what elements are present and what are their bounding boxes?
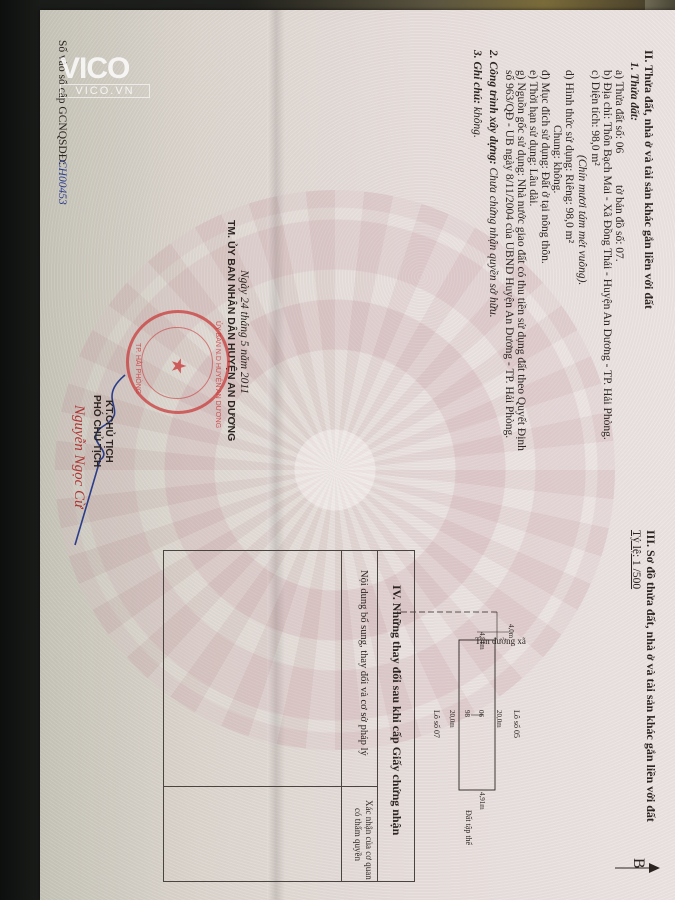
seal-star-icon: ★	[166, 357, 191, 375]
vico-watermark: VICO VICO.VN	[60, 52, 150, 98]
construction-label: 2. Công trình xây dựng:	[487, 50, 499, 165]
neighbor-left-label: Lô số 07	[430, 710, 443, 738]
parcel-area-label: 98	[460, 710, 473, 717]
changes-table	[163, 550, 415, 882]
usage-purpose: đ) Mục đích sử dụng: Đất ở tại nông thôn…	[538, 70, 551, 264]
parcel-number: a) Thửa đất số: 06	[612, 70, 625, 153]
note-value: không.	[471, 107, 483, 138]
section-3-title: III. Sơ đồ thửa đất, nhà ở và tài sản kh…	[644, 530, 657, 822]
official-seal: ★ ỦY BAN N.D HUYỆN AN DƯƠNG TP. HẢI PHÒN…	[126, 310, 230, 414]
map-sheet-number: tờ bản đồ số: 07.	[612, 185, 625, 262]
usage-common: Chung: không.	[550, 125, 563, 193]
section-2-sub1: 1. Thửa đất:	[627, 62, 640, 121]
top-width-label: 4,91m	[475, 632, 488, 650]
seal-bottom-text: TP. HẢI PHÒNG	[134, 343, 141, 394]
vico-logo: VICO	[60, 52, 150, 86]
land-certificate-page: II. Thửa đất, nhà ở và tài sản khác gắn …	[40, 10, 675, 900]
table-col-content: Nội dung bổ sung, thay đổi và cơ sở pháp…	[357, 570, 370, 756]
parcel-number-label: 06	[474, 710, 487, 717]
bottom-width-label: 4,91m	[475, 792, 488, 810]
left-length-label: 20,0m	[445, 710, 458, 728]
usage-form: d) Hình thức sử dụng: Riêng: 98,0 m²	[562, 70, 575, 243]
area-in-words: (Chín mươi tám mét vuông).	[575, 155, 588, 285]
usage-term: e) Thời hạn sử dụng: Lâu dài.	[526, 70, 539, 206]
seal-text: ỦY BAN N.D HUYỆN AN DƯƠNG	[214, 321, 221, 428]
setback-label: 4,0m	[504, 624, 517, 638]
right-length-label: 20,0m	[492, 710, 505, 728]
origin-line-1: g) Nguồn gốc sử dụng: Nhà nước giao đất …	[514, 70, 527, 451]
section-2-title: II. Thửa đất, nhà ở và tài sản khác gắn …	[642, 50, 655, 309]
section-4-title: IV. Những thay đổi sau khi cấp Giấy chứn…	[390, 585, 403, 835]
note-label: 3. Ghi chú:	[471, 50, 483, 104]
neighbor-right-label: Lô số 05	[510, 710, 523, 738]
origin-line-2: số 963/QĐ - UB ngày 8/11/2004 của UBND H…	[502, 70, 515, 438]
issue-number-value: CH00453	[55, 160, 68, 205]
address: b) Địa chỉ: Thôn Bạch Mai - Xã Đồng Thái…	[600, 70, 613, 440]
issuing-authority: TM. ỦY BAN NHÂN DÂN HUYỆN AN DƯƠNG	[224, 220, 237, 441]
signer-role-2: PHÓ CHỦ TỊCH	[90, 395, 103, 467]
north-label: B	[632, 858, 645, 869]
neighbor-bottom-label: Đất tập thể	[462, 810, 475, 845]
issue-date: Ngày 24 tháng 5 năm 2011	[237, 270, 250, 394]
construction-value: Chưa chứng nhận quyền sở hữu.	[487, 167, 499, 317]
area: c) Diện tích: 98,0 m²	[588, 70, 601, 166]
vico-site: VICO.VN	[60, 84, 150, 98]
signer-role-1: KT.CHỦ TỊCH	[102, 400, 115, 463]
map-scale: Tỷ lệ: 1 /500	[629, 530, 642, 589]
table-col-confirm-2: có thẩm quyền	[351, 808, 364, 861]
signer-name: Nguyễn Ngọc Cừ	[72, 405, 85, 508]
